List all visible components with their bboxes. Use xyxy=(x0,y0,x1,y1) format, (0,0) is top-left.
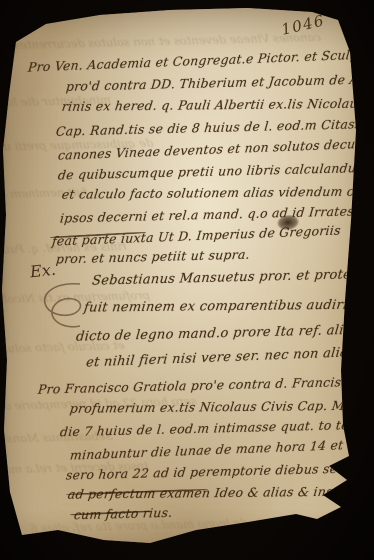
manuscript-line: Pro Francisco Gratiola pro'e contra d. F… xyxy=(37,372,374,396)
manuscript-line: dicto de legno mand.o prore Ita ref. ali… xyxy=(75,322,373,344)
manuscript-line: Sebastianus Mansuetus pror. et protestat… xyxy=(91,266,374,288)
manuscript-line: Cap. Rand.tis se die 8 huius de l. eod.m… xyxy=(55,114,374,138)
marginal-mark: Ex. xyxy=(29,260,57,282)
manuscript-line: et calculo facto solutionem alias vidend… xyxy=(61,183,374,201)
manuscript-line: fuit neminem ex comparentibus audiri nis… xyxy=(83,297,374,315)
manuscript-page: canones Vineae deventos et non solutos d… xyxy=(0,0,374,560)
manuscript-line: ipsos decerni et rel.a mand. q.o ad id I… xyxy=(59,203,354,225)
manuscript-line: die 7 huius de l. eod.m intimasse quat. … xyxy=(59,416,374,440)
manuscript-line: et nihil fieri nisi vere ser. nec non al… xyxy=(85,345,369,371)
bleedthrough-text: canones Vineae deventos et non solutos d… xyxy=(13,30,322,52)
manuscript-line: profumerium ex.tis Nicolaus Civis Cap. M… xyxy=(69,397,374,416)
manuscript-line: de quibuscumque pretii uno libris calcul… xyxy=(57,159,374,183)
manuscript-line: pro'd contra DD. Thiberium et Jacobum de… xyxy=(65,71,374,94)
photo-backdrop: canones Vineae deventos et non solutos d… xyxy=(0,0,374,560)
manuscript-line: rinis ex hered. q. Pauli Albertii ex.lis… xyxy=(61,95,374,114)
